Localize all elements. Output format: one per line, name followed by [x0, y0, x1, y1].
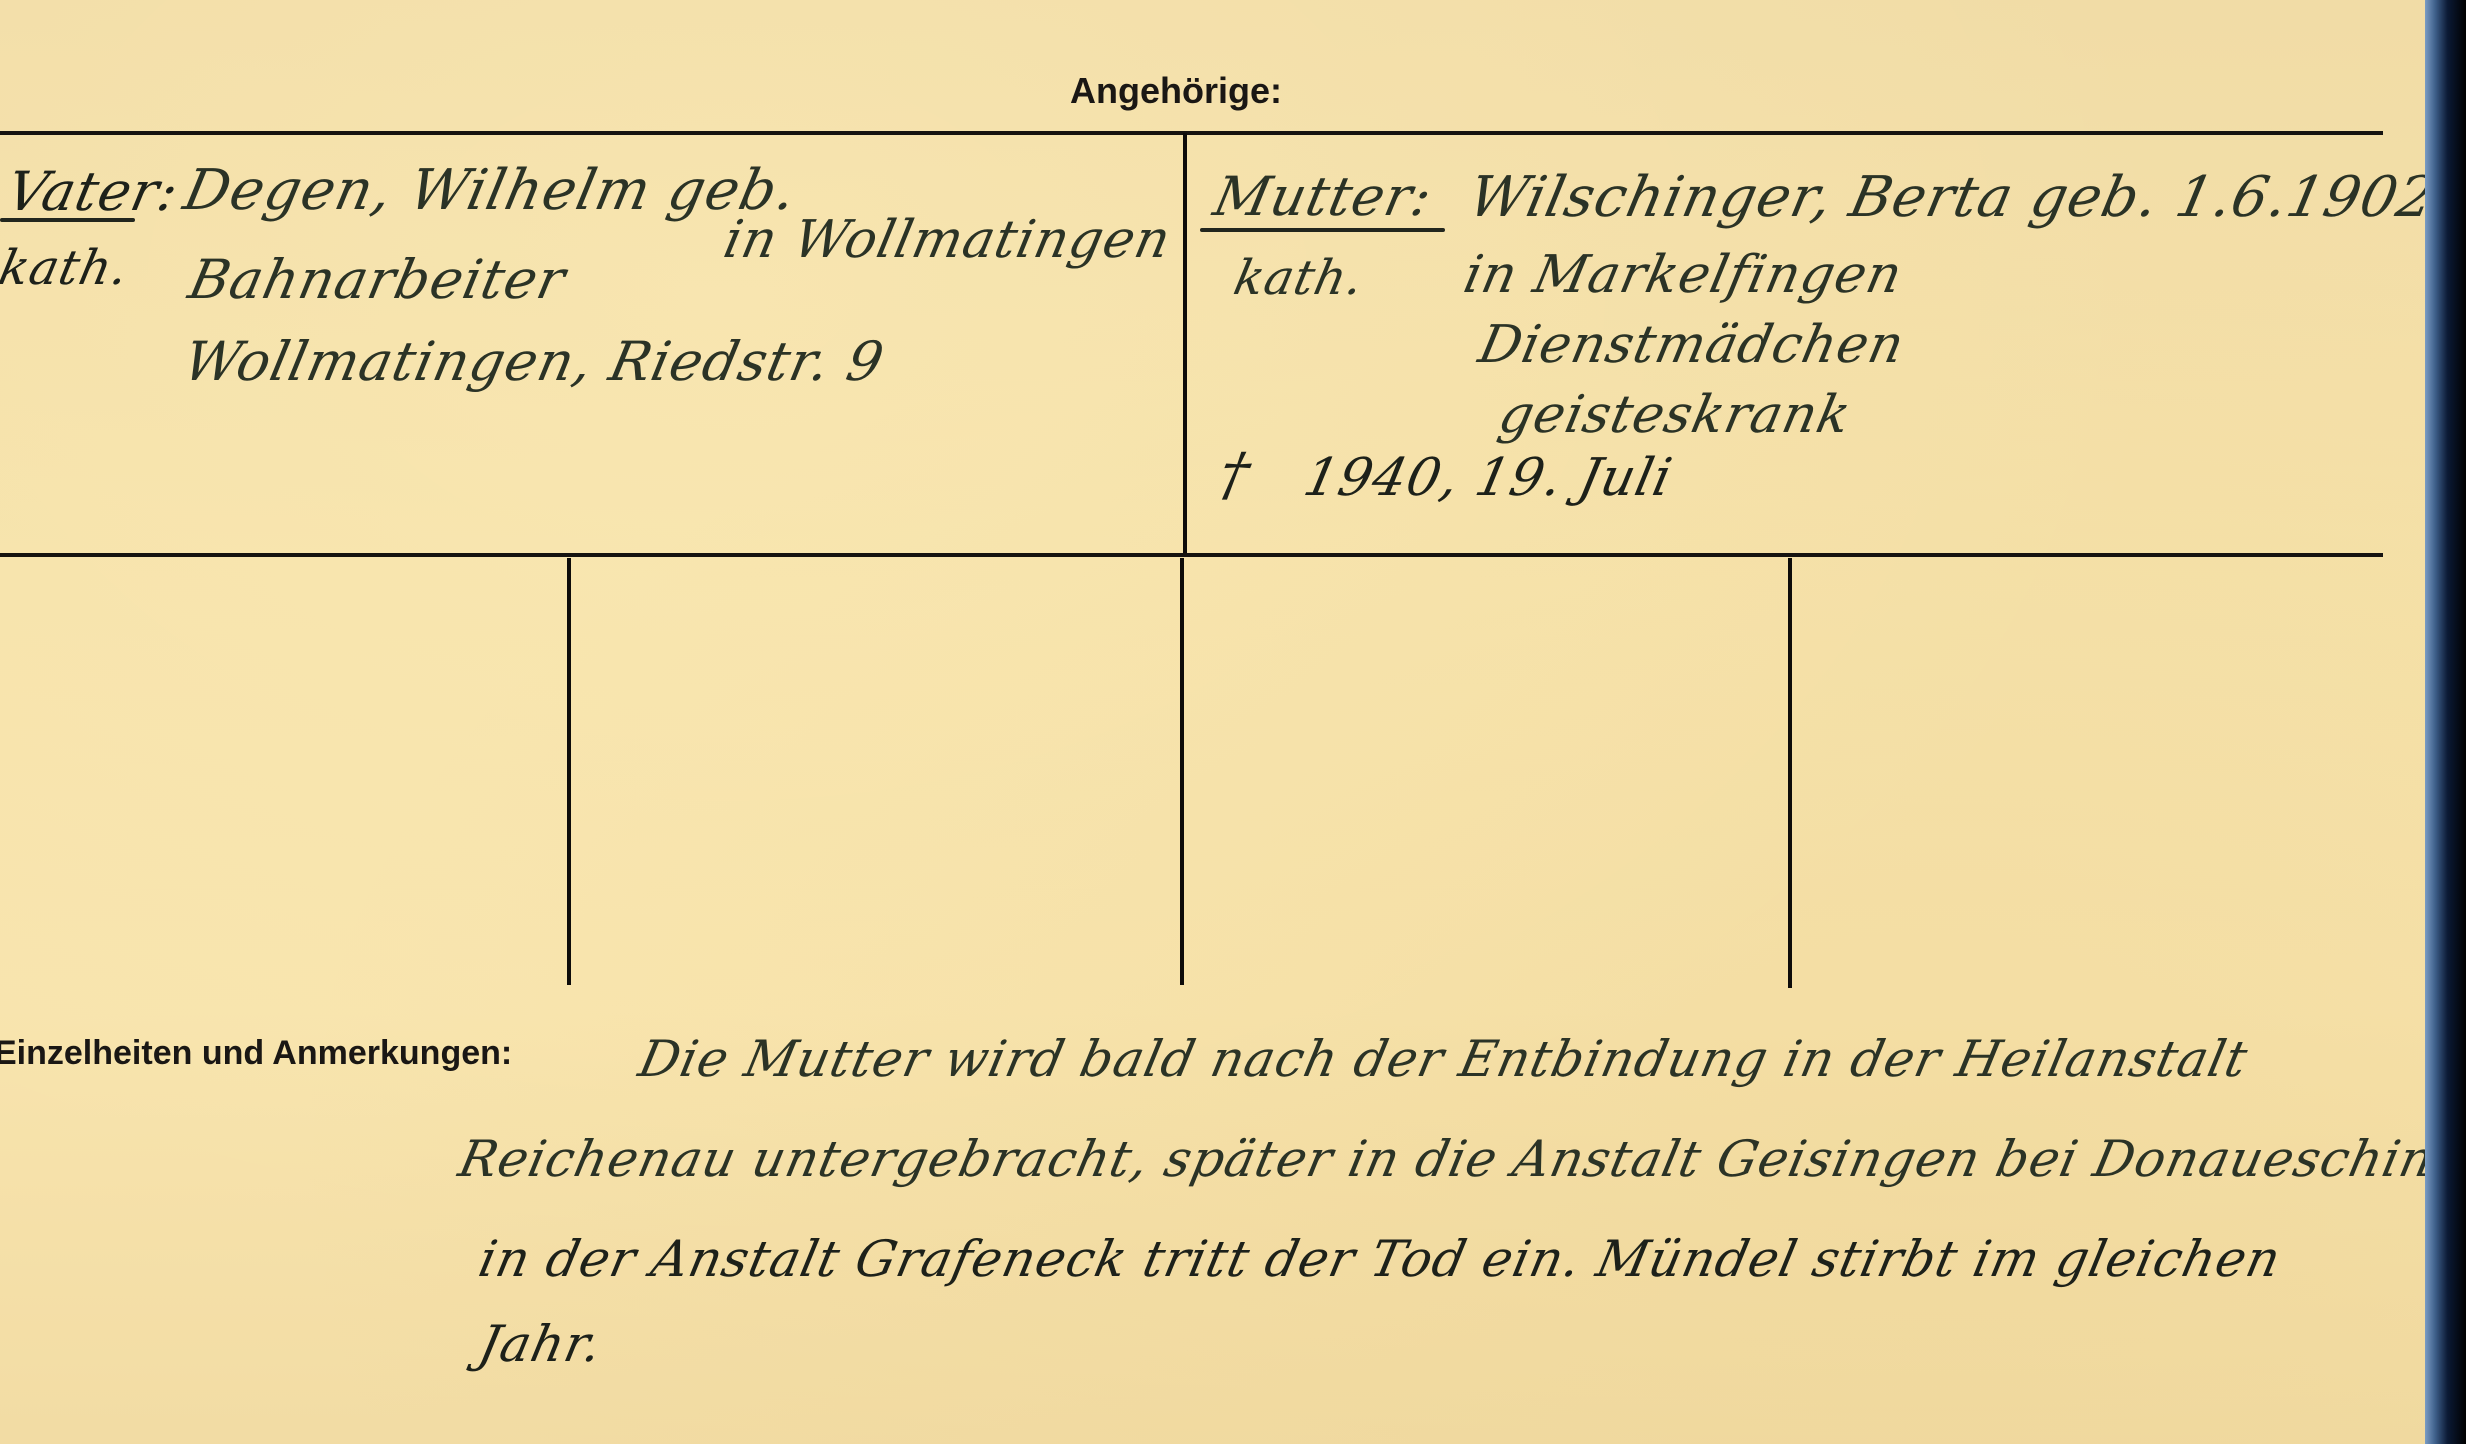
father-address: Wollmatingen, Riedstr. 9 — [178, 330, 890, 393]
parents-divider — [1183, 133, 1187, 553]
father-occupation: Bahnarbeiter — [183, 248, 571, 311]
section-title-angehoerige: Angehörige: — [1070, 70, 1282, 112]
mother-occupation: Dienstmädchen — [1474, 315, 1910, 375]
mother-label-underline — [1200, 228, 1445, 232]
table-middle-rule — [0, 553, 2383, 557]
notes-label: Einzelheiten und Anmerkungen: — [0, 1034, 512, 1073]
mother-condition: geisteskrank — [1494, 385, 1857, 445]
notes-line-4: Jahr. — [474, 1315, 608, 1373]
mother-death-date: 1940, 19. Juli — [1299, 448, 1678, 508]
lower-divider-1 — [567, 558, 571, 985]
father-name: Degen, Wilhelm geb. — [178, 158, 803, 223]
mother-birthplace: in Markelfingen — [1459, 245, 1908, 305]
scan-edge — [2425, 0, 2466, 1444]
lower-divider-3 — [1788, 558, 1792, 988]
mother-religion: kath. — [1229, 250, 1369, 306]
table-top-rule — [0, 131, 2383, 135]
mother-name: Wilschinger, Berta geb. 1.6.1902 — [1463, 165, 2441, 230]
record-card: Angehörige: Vater: Degen, Wilhelm geb. k… — [0, 0, 2425, 1444]
father-religion: kath. — [0, 240, 134, 296]
death-cross-icon: † — [1213, 440, 1257, 508]
notes-line-3: in der Anstalt Grafeneck tritt der Tod e… — [474, 1230, 2286, 1288]
mother-label: Mutter: — [1208, 165, 1438, 228]
lower-divider-2 — [1180, 558, 1184, 985]
notes-line-1: Die Mutter wird bald nach der Entbindung… — [634, 1030, 2253, 1088]
notes-line-2: Reichenau untergebracht, später in die A… — [454, 1130, 2466, 1188]
father-label: Vater: — [1, 160, 184, 223]
father-birthplace: in Wollmatingen — [719, 210, 1177, 270]
father-label-underline — [0, 218, 135, 222]
